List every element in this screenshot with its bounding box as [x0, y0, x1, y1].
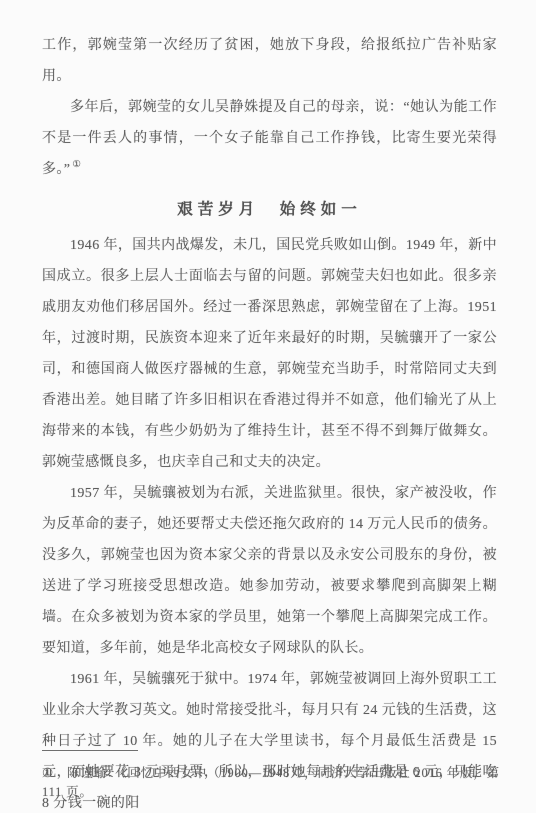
section-heading: 艰苦岁月 始终如一	[42, 194, 497, 225]
paragraph-text: 1957 年，吴毓骧被划为右派，关进监狱里。很快，家产被没收，作为反革命的妻子，…	[42, 486, 497, 656]
paragraph: 1946 年，国共内战爆发，未几，国民党兵败如山倒。1949 年，新中国成立。很…	[42, 230, 497, 478]
footnote-ref: ①	[72, 160, 81, 170]
paragraph-text: 多年后，郭婉莹的女儿吴静姝提及自己的母亲，说：“她认为能工作不是一件丢人的事情，…	[42, 100, 497, 177]
paragraph-text: 工作，郭婉莹第一次经历了贫困，她放下身段，给报纸拉广告补贴家用。	[42, 38, 497, 84]
paragraph: 1957 年，吴毓骧被划为右派，关进监狱里。很快，家产被没收，作为反革命的妻子，…	[42, 478, 497, 664]
footnote-marker: ①	[42, 766, 54, 780]
footnote: ①陈谨瑜：《回忆中西女中（1900—1948）》，同济大学出版社 2016 年版…	[42, 750, 505, 802]
paragraph-text: 1946 年，国共内战爆发，未几，国民党兵败如山倒。1949 年，新中国成立。很…	[42, 238, 497, 470]
footnote-text: 陈谨瑜：《回忆中西女中（1900—1948）》，同济大学出版社 2016 年版，…	[42, 766, 500, 799]
document-page: 工作，郭婉莹第一次经历了贫困，她放下身段，给报纸拉广告补贴家用。 多年后，郭婉莹…	[0, 0, 536, 813]
paragraph-continuation: 工作，郭婉莹第一次经历了贫困，她放下身段，给报纸拉广告补贴家用。	[42, 30, 497, 92]
footnote-line: ①陈谨瑜：《回忆中西女中（1900—1948）》，同济大学出版社 2016 年版…	[42, 764, 505, 802]
paragraph: 多年后，郭婉莹的女儿吴静姝提及自己的母亲，说：“她认为能工作不是一件丢人的事情，…	[42, 92, 497, 185]
footnote-divider	[42, 750, 138, 751]
